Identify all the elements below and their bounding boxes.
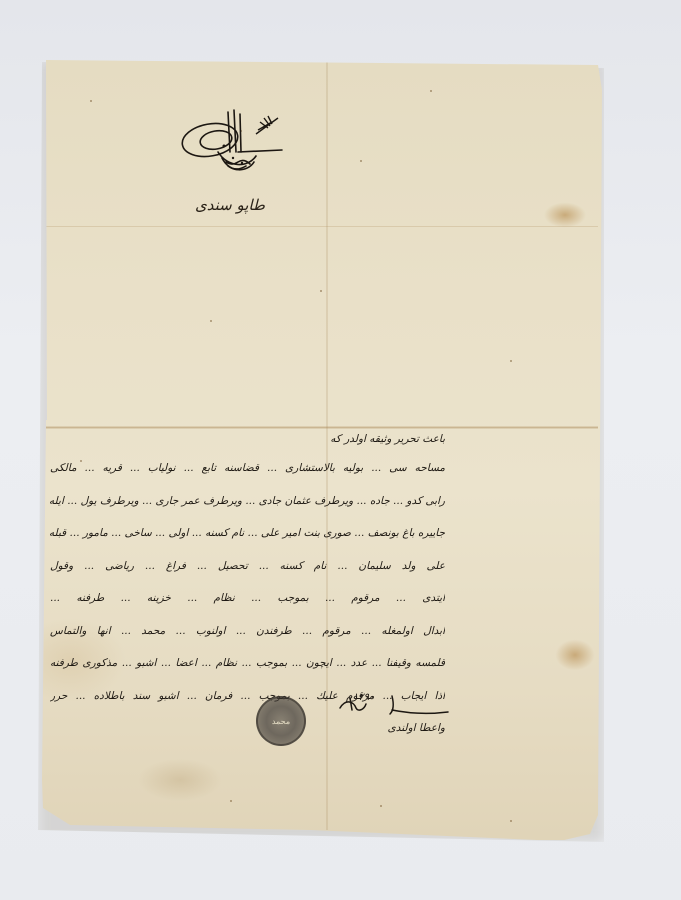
paper-speck	[430, 90, 432, 92]
paper-speck	[90, 100, 92, 102]
body-line: رابی كدو ... جاده ... ویرطرف عثمان جادی …	[50, 494, 445, 508]
fold-line-upper	[46, 226, 598, 227]
body-line-closing: واعطا اولندی	[50, 721, 445, 735]
paper-speck	[510, 360, 512, 362]
body-line: علی ولد سلیمان ... نام كسنه ... تحصیل ..…	[50, 559, 445, 573]
fold-line-horizontal	[46, 426, 598, 429]
body-line: قلمسه وقیفنا ... عدد ... ایچون ... بموجب…	[50, 656, 445, 670]
paper-speck	[380, 805, 382, 807]
seal-text: محمد	[272, 717, 290, 726]
tughra-icon	[178, 108, 288, 188]
date-text: ١٢٩٠	[353, 692, 374, 703]
paper-speck	[210, 320, 212, 322]
seal-stamp: محمد	[256, 696, 306, 746]
body-line: مساحه سی ... بولیه بالاستشاری ... قضاسنه…	[50, 461, 445, 475]
body-line: جاییره باغ بونصف ... صوری بنت امیر علی .…	[50, 526, 445, 540]
paper-speck	[230, 800, 232, 802]
paper-speck	[510, 820, 512, 822]
body-line: ایتدی ... مرقوم ... بموجب ... نظام ... خ…	[50, 591, 445, 605]
signature-icon	[330, 690, 450, 720]
document-sheet: طاپو سندی باعث تحریر وثیقه اولدر كه مساح…	[30, 60, 604, 840]
paper-speck	[360, 160, 362, 162]
body-line: ابدال اولمغله ... مرقوم ... طرفندن ... ا…	[50, 624, 445, 638]
paper-speck	[320, 290, 322, 292]
body-heading: باعث تحریر وثیقه اولدر كه	[50, 432, 445, 446]
document-title: طاپو سندی	[190, 196, 270, 214]
